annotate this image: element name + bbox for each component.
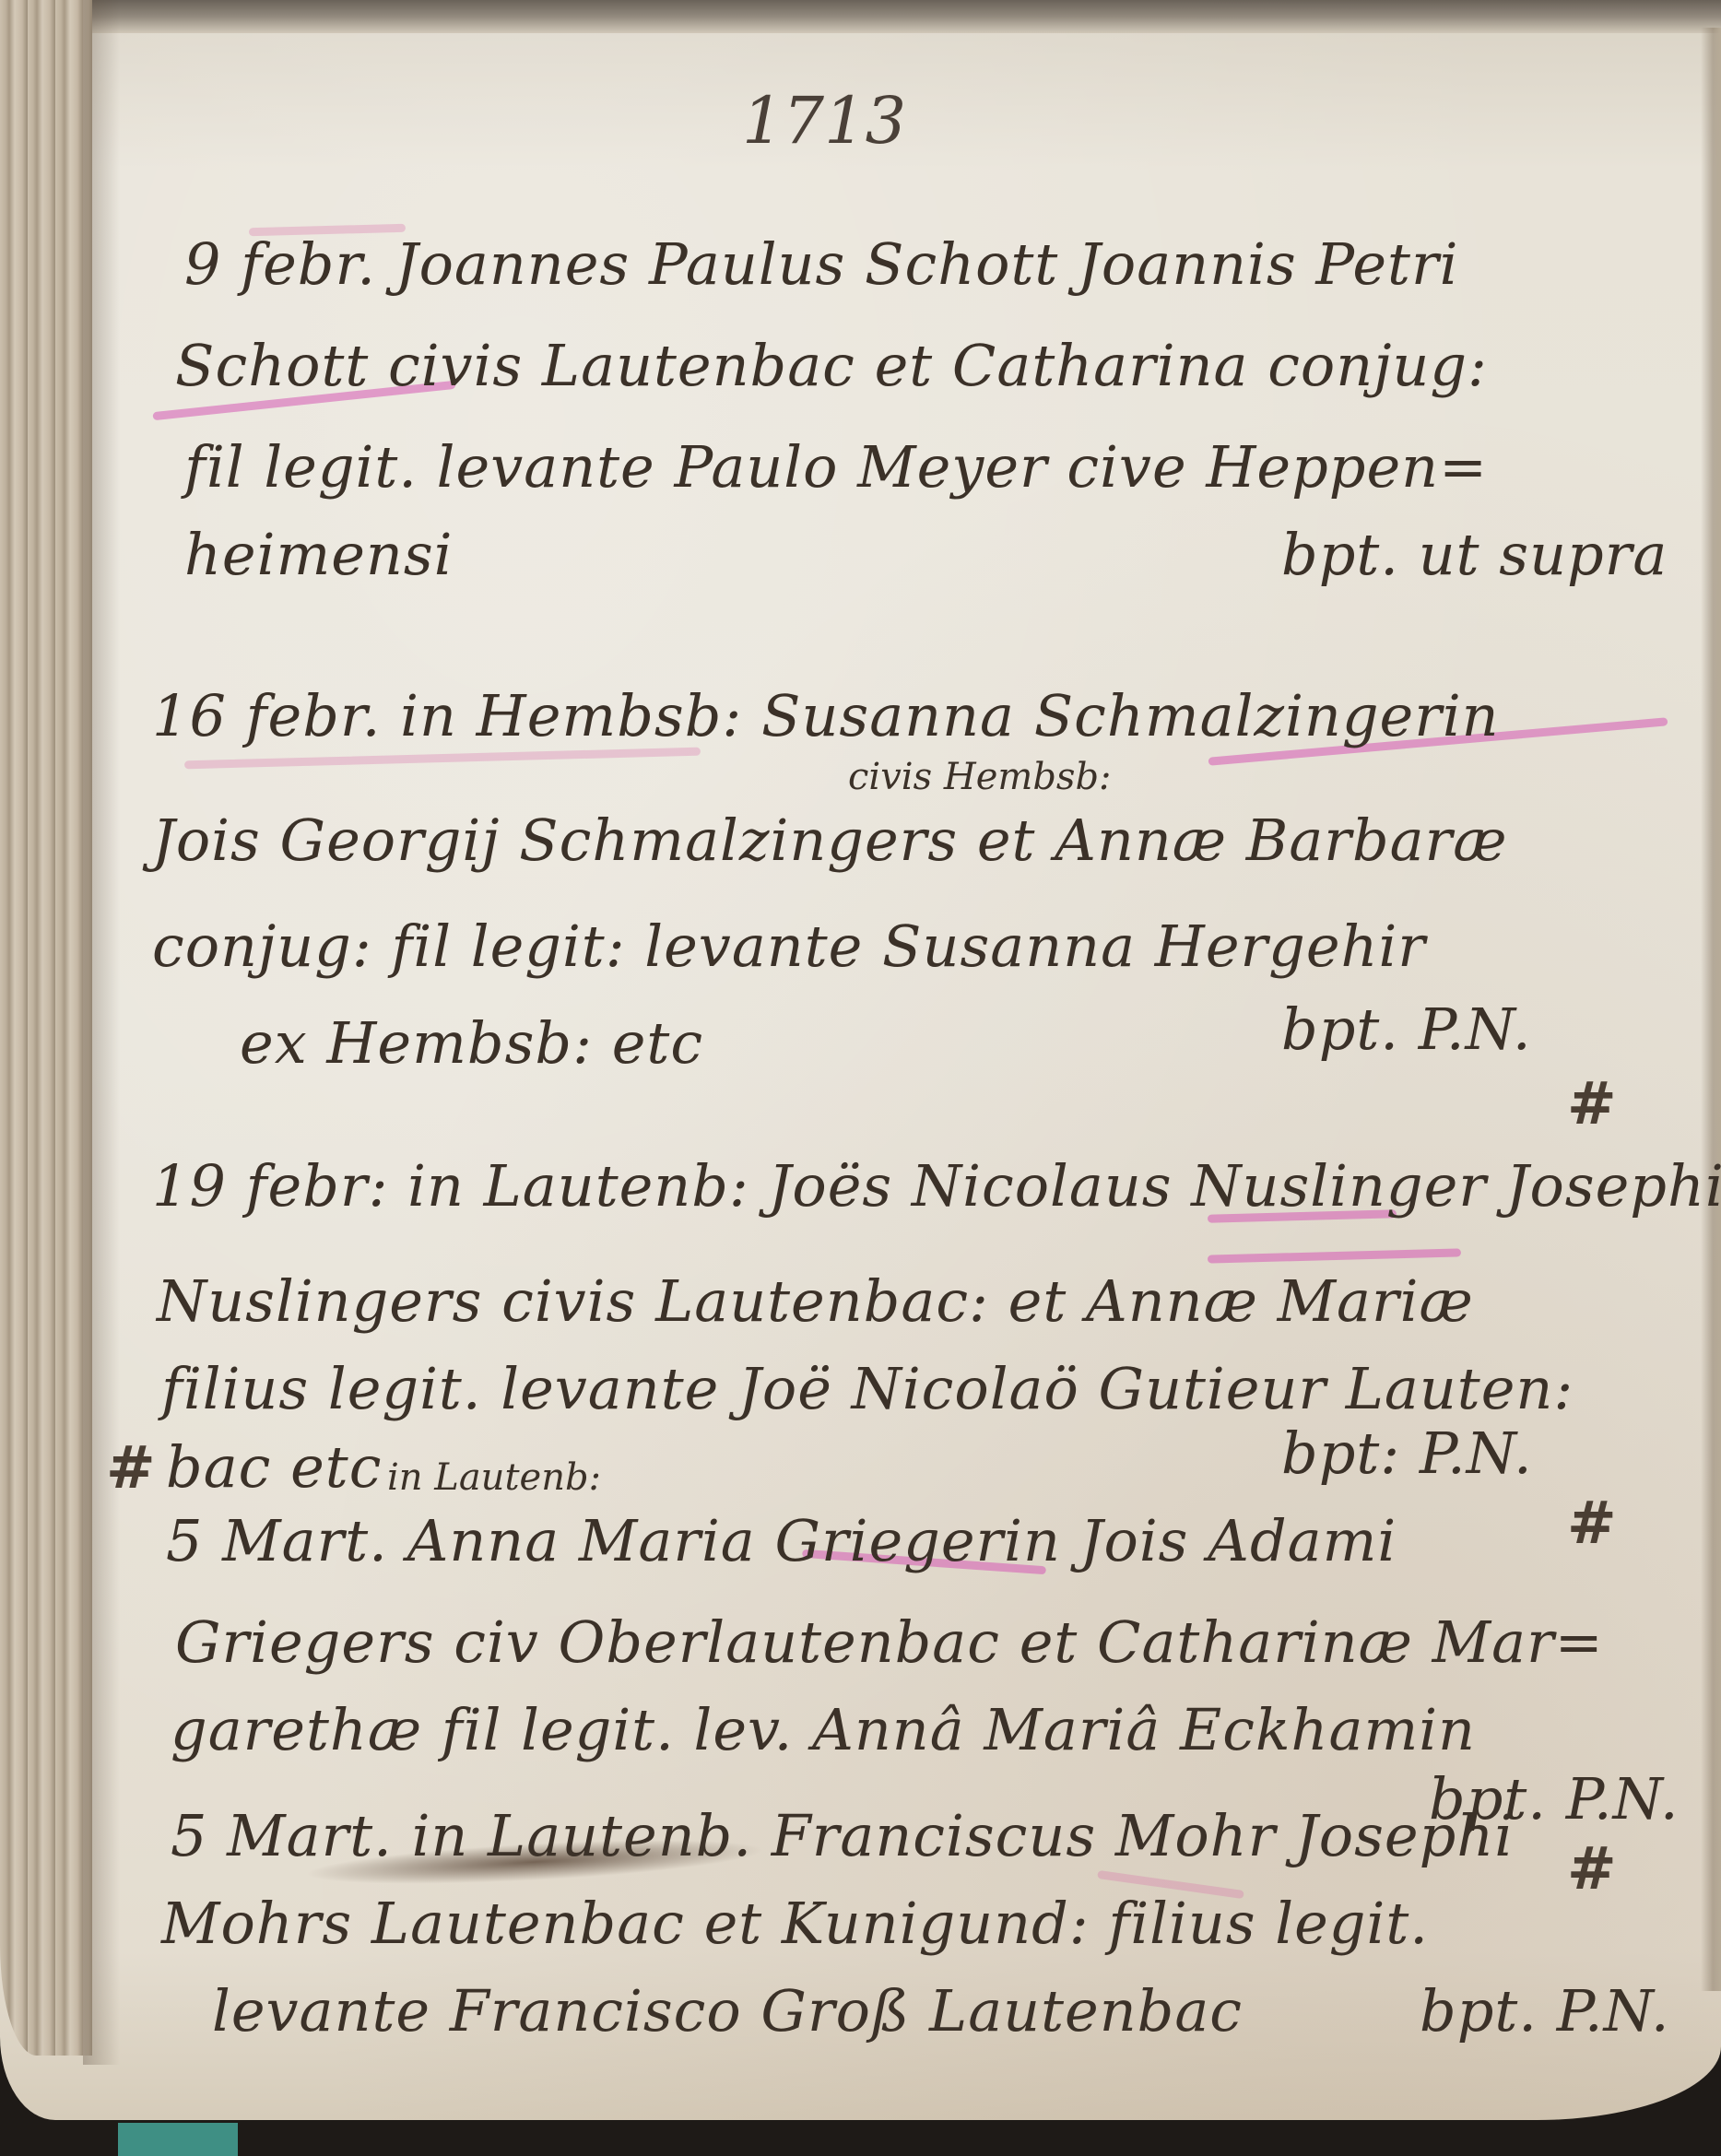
entry-4-line-3: garethæ fil legit. lev. Annâ Mariâ Eckha… <box>171 1696 1476 1763</box>
entry-2-line-1: 16 febr. in Hembsb: Susanna Schmalzinger… <box>152 682 1500 749</box>
gutter-shadow <box>83 0 120 2065</box>
margin-mark-hash: # <box>1567 1069 1617 1138</box>
book-top-edge <box>55 0 1721 33</box>
book-leaf-edges <box>0 0 92 2056</box>
entry-3-line-1: 19 febr: in Lautenb: Joës Nicolaus Nusli… <box>152 1152 1721 1219</box>
page-right-edge <box>1701 28 1721 1991</box>
margin-mark-hash: # <box>1567 1834 1617 1903</box>
entry-5-signature: bpt. P.N. <box>1420 1977 1670 2044</box>
entry-4-line-2: Griegers civ Oberlautenbac et Catharinæ … <box>175 1608 1604 1676</box>
entry-5-line-2: Mohrs Lautenbac et Kunigund: filius legi… <box>161 1890 1429 1957</box>
entry-1-signature: bpt. ut supra <box>1281 521 1668 588</box>
bookmark-tab <box>118 2123 238 2156</box>
highlight <box>184 748 701 770</box>
entry-2-line-3: conjug: fil legit: levante Susanna Herge… <box>152 913 1426 980</box>
register-page: 1713 9 febr. Joannes Paulus Schott Joann… <box>0 0 1721 2120</box>
entry-4-line-1: 5 Mart. Anna Maria Griegerin Jois Adami <box>166 1507 1397 1574</box>
year-heading: 1713 <box>742 83 906 159</box>
entry-3-signature: bpt: P.N. <box>1281 1420 1533 1487</box>
entry-5-line-1: 5 Mart. in Lautenb. Franciscus Mohr Jose… <box>171 1802 1514 1869</box>
entry-2-signature: bpt. P.N. <box>1281 996 1532 1063</box>
entry-3-line-4: bac etc <box>166 1433 382 1501</box>
entry-1-line-1: 9 febr. Joannes Paulus Schott Joannis Pe… <box>184 230 1458 298</box>
highlight <box>1208 1248 1461 1263</box>
entry-3-line-3: filius legit. levante Joë Nicolaö Gutieu… <box>161 1355 1574 1422</box>
entry-4-interlinear: in Lautenb: <box>387 1456 601 1499</box>
entry-3-line-2: Nuslingers civis Lautenbac: et Annæ Mari… <box>157 1267 1474 1335</box>
entry-2-line-4: ex Hembsb: etc <box>240 1009 703 1077</box>
margin-mark-hash: # <box>106 1433 156 1502</box>
entry-2-interlinear: civis Hembsb: <box>848 756 1112 798</box>
entry-1-line-2: Schott civis Lautenbac et Catharina conj… <box>175 332 1488 399</box>
entry-5-line-3: levante Francisco Groß Lautenbac <box>212 1977 1243 2044</box>
margin-mark-hash: # <box>1567 1489 1617 1558</box>
entry-1-line-4: heimensi <box>184 521 454 588</box>
entry-2-line-2: Jois Georgij Schmalzingers et Annæ Barba… <box>152 807 1508 874</box>
entry-1-line-3: fil legit. levante Paulo Meyer cive Hepp… <box>184 433 1488 501</box>
